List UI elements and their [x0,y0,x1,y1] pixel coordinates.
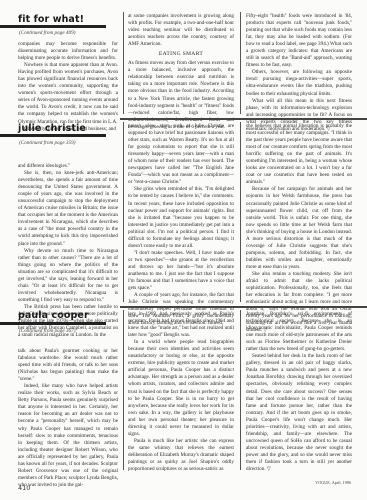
article-column-2: lery in 1969, had previously worked as P… [128,311,234,473]
column-divider [123,122,124,302]
paragraph: She grins when reminded of this. ''I'm d… [128,186,234,249]
article-column-3: Fifty-eight ''health'' foods were introd… [246,13,352,133]
continued-line: (Continued from page 367) [19,328,75,334]
subheading-eating-smart: EATING SMART [128,51,234,58]
title-rule [0,25,106,28]
article-column-1: companies may become responsible for dis… [18,41,118,133]
paragraph: at some companies involvement is growing… [128,13,234,48]
column-divider [123,12,124,114]
title-rule [0,322,106,325]
section-divider [120,306,367,308]
continued-line: (Continued from page 409) [19,30,75,36]
title-rule [0,134,106,137]
article-column-2: at some companies involvement is growing… [128,13,234,131]
paragraph: Indeed, like many who have helped artist… [18,383,118,489]
paragraph: Others, however, are following an opposi… [246,69,352,97]
article-title-fit-for-what: fit for what! [18,14,84,25]
paragraph: companies may become responsible for dis… [18,41,118,62]
paragraph: She is, then, no knee-jerk anti-American… [18,170,118,248]
paragraph: she believes that animal liberation is p… [246,123,352,186]
paragraph: press's view, stars such as Julie Christ… [128,123,234,186]
paragraph: Fifty-eight ''health'' foods were introd… [246,13,352,69]
article-column-2: press's view, stars such as Julie Christ… [128,123,234,327]
paragraph: lery in 1969, had previously worked as P… [128,311,234,339]
column-divider [240,122,241,302]
paragraph: In a world where people read biographies… [128,339,234,438]
paragraph: Jonathan Borofsky's sci-fi environments … [246,311,352,353]
magazine-credit: VOGUE, April, 1986 [315,480,351,485]
paragraph: Because of her campaign for animals and … [246,186,352,271]
column-divider [240,310,241,470]
column-divider [123,310,124,470]
paragraph: Paula is much like her artists: she can … [128,438,234,473]
article-column-3: she believes that animal liberation is p… [246,123,352,334]
section-divider [120,118,367,120]
article-title-julie-christie: julie christie [18,123,86,134]
page-number: 410 [18,484,30,492]
paragraph: ''I don't make speeches. Well, I have ma… [128,250,234,292]
paragraph: Why devote so much time to Nicaragua rat… [18,248,118,304]
paragraph: Nowhere is that more apparent than at Av… [18,62,118,125]
paragraph: and different ideologies.'' [18,163,118,170]
paragraph: talk about Paula's gourmet cooking or he… [18,348,118,383]
column-divider [240,12,241,114]
article-column-3: Jonathan Borofsky's sci-fi environments … [246,311,352,473]
paragraph: As fitness moves away from diet versus e… [128,60,234,130]
paragraph: Seated behind her desk in the back room … [246,353,352,473]
article-column-1: talk about Paula's gourmet cooking or he… [18,348,118,489]
continued-line: (Continued from page 359) [19,140,75,146]
article-title-paula-cooper: paula cooper [18,310,89,321]
